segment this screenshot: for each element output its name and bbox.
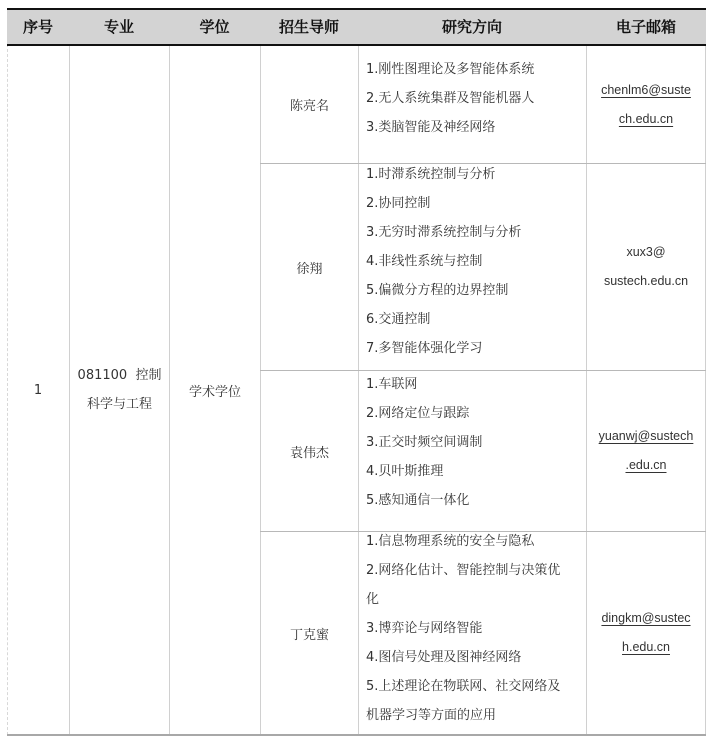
- research-item: 4.贝叶斯推理: [366, 457, 482, 486]
- research-item: 5.感知通信一体化: [366, 486, 482, 515]
- advisor-name: 陈亮名: [261, 46, 358, 163]
- research-list: 1.信息物理系统的安全与隐私 2.网络化估计、智能控制与决策优 化 3.博弈论与…: [366, 527, 560, 730]
- research-list: 1.刚性图理论及多智能体系统 2.无人系统集群及智能机器人 3.类脑智能及神经网…: [366, 55, 534, 142]
- table-header: 序号 专业 学位 招生导师 研究方向 电子邮箱: [7, 8, 706, 46]
- email-cell: chenlm6@suste ch.edu.cn: [587, 46, 705, 163]
- research-item: 2.网络化估计、智能控制与决策优: [366, 556, 560, 585]
- email-cell: yuanwj@sustech .edu.cn: [587, 371, 705, 531]
- major-line-2: 科学与工程: [87, 390, 152, 419]
- email-part2: sustech.edu.cn: [604, 267, 688, 296]
- table-bottom-border: [7, 734, 706, 736]
- email-link-part1[interactable]: dingkm@sustec: [601, 604, 690, 633]
- research-item: 5.上述理论在物联网、社交网络及: [366, 672, 560, 701]
- research-item: 7.多智能体强化学习: [366, 334, 521, 363]
- research-item: 5.偏微分方程的边界控制: [366, 276, 521, 305]
- header-research: 研究方向: [358, 10, 586, 44]
- email-link-part2[interactable]: .edu.cn: [625, 451, 666, 480]
- research-item: 3.博弈论与网络智能: [366, 614, 560, 643]
- header-degree: 学位: [169, 10, 260, 44]
- advisor-name: 丁克蜜: [261, 532, 358, 734]
- grid-line: [358, 46, 359, 735]
- research-item: 3.无穷时滞系统控制与分析: [366, 218, 521, 247]
- cell-index: 1: [7, 46, 69, 734]
- cell-major: 081100 控制 科学与工程: [70, 46, 169, 734]
- research-item: 3.类脑智能及神经网络: [366, 113, 534, 142]
- research-item: 4.图信号处理及图神经网络: [366, 643, 560, 672]
- email-cell: dingkm@sustec h.edu.cn: [587, 532, 705, 734]
- email-part1: xux3@: [626, 238, 665, 267]
- research-item: 化: [366, 585, 560, 614]
- advisor-table: 序号 专业 学位 招生导师 研究方向 电子邮箱 1 081100 控制 科学与工…: [7, 8, 706, 735]
- advisor-name: 徐翔: [261, 164, 358, 370]
- research-item: 6.交通控制: [366, 305, 521, 334]
- grid-line: [705, 46, 706, 735]
- major-line-1: 081100 控制: [78, 361, 162, 390]
- email-link-part1[interactable]: chenlm6@suste: [601, 76, 691, 105]
- research-item: 1.车联网: [366, 370, 482, 399]
- email-link-part2[interactable]: h.edu.cn: [622, 633, 670, 662]
- header-major: 专业: [69, 10, 169, 44]
- email-link-part2[interactable]: ch.edu.cn: [619, 105, 673, 134]
- cell-degree: 学术学位: [170, 46, 260, 734]
- header-email: 电子邮箱: [586, 10, 706, 44]
- research-item: 1.刚性图理论及多智能体系统: [366, 55, 534, 84]
- header-index: 序号: [7, 10, 69, 44]
- research-item: 2.无人系统集群及智能机器人: [366, 84, 534, 113]
- research-item: 1.信息物理系统的安全与隐私: [366, 527, 560, 556]
- header-advisor: 招生导师: [260, 10, 358, 44]
- research-item: 4.非线性系统与控制: [366, 247, 521, 276]
- research-item: 1.时滞系统控制与分析: [366, 160, 521, 189]
- research-item: 2.网络定位与跟踪: [366, 399, 482, 428]
- research-item: 机器学习等方面的应用: [366, 701, 560, 730]
- advisor-name: 袁伟杰: [261, 371, 358, 531]
- research-item: 3.正交时频空间调制: [366, 428, 482, 457]
- research-item: 2.协同控制: [366, 189, 521, 218]
- email-cell: xux3@ sustech.edu.cn: [587, 164, 705, 370]
- research-list: 1.时滞系统控制与分析 2.协同控制 3.无穷时滞系统控制与分析 4.非线性系统…: [366, 160, 521, 363]
- email-link-part1[interactable]: yuanwj@sustech: [599, 422, 694, 451]
- research-list: 1.车联网 2.网络定位与跟踪 3.正交时频空间调制 4.贝叶斯推理 5.感知通…: [366, 370, 482, 515]
